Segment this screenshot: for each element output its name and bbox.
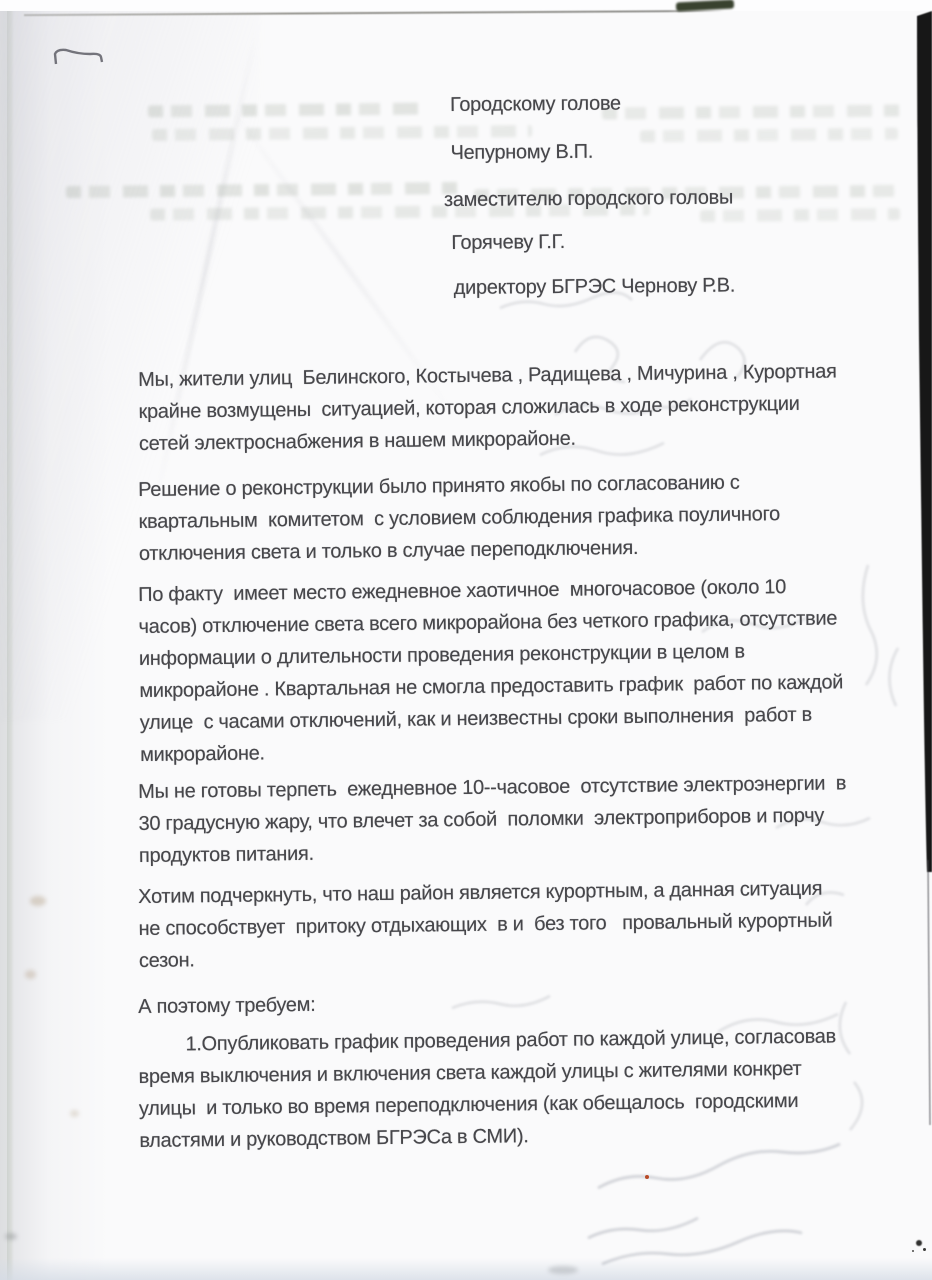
scanner-background-top	[0, 0, 932, 11]
recipient-line: заместителю городского головы	[444, 185, 733, 214]
recipient-line: директору БГРЭС Чернову Р.В.	[454, 273, 736, 301]
stain-mark	[548, 1266, 578, 1274]
stain-mark	[5, 1233, 17, 1240]
scanned-letter-page: Городскому голове Чепурному В.П. замести…	[0, 0, 932, 1280]
recipient-line: Горячеву Г.Г.	[451, 229, 565, 256]
paragraph-intro: Мы, жители улиц Белинского, Костычева , …	[138, 355, 838, 460]
paragraph-resort: Хотим подчеркнуть, что наш район являетс…	[138, 873, 833, 977]
red-ink-speck	[645, 1175, 649, 1179]
stain-mark	[25, 970, 36, 979]
ink-speck	[923, 1248, 926, 1251]
paragraph-not-tolerate: Мы не готовы терпеть ежедневное 10--часо…	[138, 767, 847, 872]
ink-speck	[912, 1250, 914, 1252]
ink-speck	[916, 1240, 922, 1246]
paragraph-demands-lead: А поэтому требуем:	[138, 989, 316, 1023]
text-line: отключения света и только в случае переп…	[139, 530, 781, 570]
paragraph-decision: Решение о реконструкции было принято яко…	[138, 466, 780, 570]
paragraph-facts: По факту имеет место ежедневное хаотично…	[138, 570, 844, 771]
paper-edge-bottom	[0, 1258, 932, 1280]
stain-mark	[70, 1110, 79, 1117]
paragraph-demand-1: 1.Опубликовать график проведения работ п…	[138, 1020, 837, 1157]
recipient-line: Чепурному В.П.	[450, 139, 593, 166]
bleed-through-text-row	[148, 103, 420, 118]
recipient-block: Городскому голове Чепурному В.П. замести…	[450, 88, 872, 322]
text-line: А поэтому требуем:	[138, 989, 316, 1023]
stain-mark	[30, 896, 46, 906]
recipient-line: Городскому голове	[450, 91, 621, 118]
